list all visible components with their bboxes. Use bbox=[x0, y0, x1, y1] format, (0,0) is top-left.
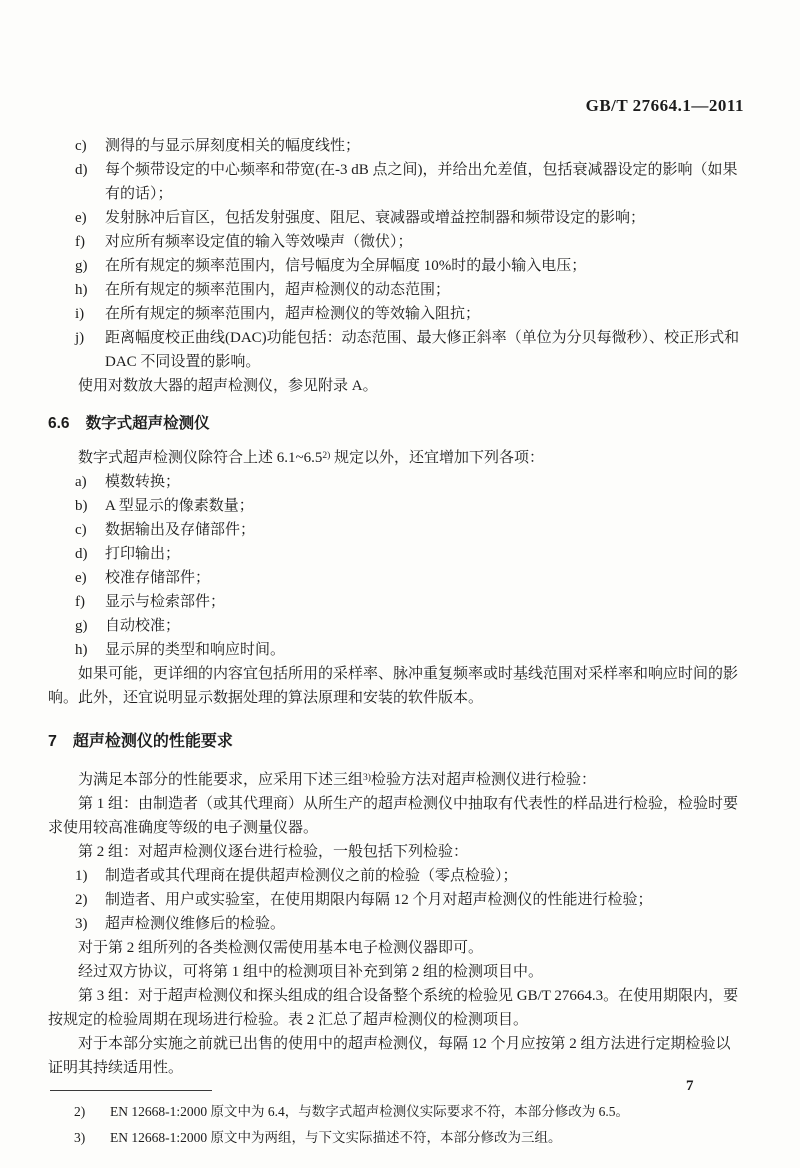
list-item-text: 制造者或其代理商在提供超声检测仪之前的检验（零点检验）； bbox=[105, 864, 744, 888]
footnote-label: 3) bbox=[74, 1125, 110, 1151]
list-item-text: 制造者、用户或实验室，在使用期限内每隔 12 个月对超声检测仪的性能进行检验； bbox=[105, 888, 744, 912]
section-number: 7 bbox=[48, 733, 57, 750]
footnote-divider bbox=[50, 1090, 212, 1091]
mutual-agreement-paragraph: 经过双方协议，可将第 1 组中的检测项目补充到第 2 组的检测项目中。 bbox=[48, 960, 744, 984]
list-item-label: h) bbox=[75, 638, 105, 662]
intro-text: 检验方法对超声检测仪进行检验： bbox=[371, 772, 596, 788]
list-item-text: 显示屏的类型和响应时间。 bbox=[105, 638, 744, 662]
footnote-text: EN 12668-1:2000 原文中为两组，与下文实际描述不符，本部分修改为三… bbox=[110, 1125, 744, 1151]
list-item-label: h) bbox=[75, 278, 105, 302]
list-item-label: e) bbox=[75, 206, 105, 230]
list-item-text: 显示与检索部件； bbox=[105, 590, 744, 614]
list-item-text: 对应所有频率设定值的输入等效噪声（微伏）； bbox=[105, 230, 744, 254]
list-item-text: 打印输出； bbox=[105, 542, 744, 566]
section-6-6-intro: 数字式超声检测仪除符合上述 6.1~6.52) 规定以外，还宜增加下列各项： bbox=[48, 446, 744, 470]
log-amplifier-note: 使用对数放大器的超声检测仪，参见附录 A。 bbox=[48, 374, 744, 398]
footnote-ref-3: 3) bbox=[363, 773, 371, 783]
list-item: e) 校准存储部件； bbox=[48, 566, 744, 590]
list-item-label: f) bbox=[75, 230, 105, 254]
list-item: f) 显示与检索部件； bbox=[48, 590, 744, 614]
list-item-label: d) bbox=[75, 158, 105, 206]
list-item-text: 每个频带设定的中心频率和带宽(在-3 dB 点之间)，并给出允差值，包括衰减器设… bbox=[105, 158, 744, 206]
doc-number: GB/T 27664.1—2011 bbox=[48, 94, 744, 118]
list-item-label: b) bbox=[75, 494, 105, 518]
list-item: g) 在所有规定的频率范围内，信号幅度为全屏幅度 10%时的最小输入电压； bbox=[48, 254, 744, 278]
footnote-label: 2) bbox=[74, 1099, 110, 1125]
list-item-label: a) bbox=[75, 470, 105, 494]
document-page: GB/T 27664.1—2011 c) 测得的与显示屏刻度相关的幅度线性； d… bbox=[0, 0, 800, 1168]
list-item-label: j) bbox=[75, 326, 105, 374]
list-item: 3) 超声检测仪维修后的检验。 bbox=[48, 912, 744, 936]
list-item-label: 1) bbox=[75, 864, 105, 888]
section-7-intro: 为满足本部分的性能要求，应采用下述三组3)检验方法对超声检测仪进行检验： bbox=[48, 768, 744, 792]
section-6-6-note: 如果可能，更详细的内容宜包括所用的采样率、脉冲重复频率或时基线范围对采样率和响应… bbox=[48, 662, 744, 710]
list-item: a) 模数转换； bbox=[48, 470, 744, 494]
list-item: g) 自动校准； bbox=[48, 614, 744, 638]
group-2-paragraph: 第 2 组：对超声检测仪逐台进行检验，一般包括下列检验： bbox=[48, 840, 744, 864]
list-item-text: 模数转换； bbox=[105, 470, 744, 494]
list-item: c) 测得的与显示屏刻度相关的幅度线性； bbox=[48, 134, 744, 158]
digital-instrument-list: a) 模数转换； b) A 型显示的像素数量； c) 数据输出及存储部件； d)… bbox=[48, 470, 744, 662]
list-item-text: 超声检测仪维修后的检验。 bbox=[105, 912, 744, 936]
group-1-paragraph: 第 1 组：由制造者（或其代理商）从所生产的超声检测仪中抽取有代表性的样品进行检… bbox=[48, 792, 744, 840]
list-item: d) 打印输出； bbox=[48, 542, 744, 566]
section-title: 数字式超声检测仪 bbox=[86, 415, 210, 432]
section-heading-6-6: 6.6数字式超声检测仪 bbox=[48, 412, 744, 436]
list-item-text: 校准存储部件； bbox=[105, 566, 744, 590]
list-item: i) 在所有规定的频率范围内，超声检测仪的等效输入阻抗； bbox=[48, 302, 744, 326]
group-3-paragraph: 第 3 组：对于超声检测仪和探头组成的组合设备整个系统的检验见 GB/T 276… bbox=[48, 984, 744, 1032]
list-item: d) 每个频带设定的中心频率和带宽(在-3 dB 点之间)，并给出允差值，包括衰… bbox=[48, 158, 744, 206]
page-number: 7 bbox=[686, 1074, 694, 1098]
list-item: e) 发射脉冲后盲区，包括发射强度、阻尼、衰减器或增益控制器和频带设定的影响； bbox=[48, 206, 744, 230]
list-item-label: g) bbox=[75, 614, 105, 638]
list-item: 2) 制造者、用户或实验室，在使用期限内每隔 12 个月对超声检测仪的性能进行检… bbox=[48, 888, 744, 912]
legacy-instruments-paragraph: 对于本部分实施之前就已出售的使用中的超声检测仪，每隔 12 个月应按第 2 组方… bbox=[48, 1032, 744, 1080]
list-item-text: 在所有规定的频率范围内，超声检测仪的等效输入阻抗； bbox=[105, 302, 744, 326]
list-item: f) 对应所有频率设定值的输入等效噪声（微伏）； bbox=[48, 230, 744, 254]
amplitude-requirements-list: c) 测得的与显示屏刻度相关的幅度线性； d) 每个频带设定的中心频率和带宽(在… bbox=[48, 134, 744, 374]
list-item-label: d) bbox=[75, 542, 105, 566]
section-heading-7: 7超声检测仪的性能要求 bbox=[48, 730, 744, 754]
group-2-instruments-paragraph: 对于第 2 组所列的各类检测仅需使用基本电子检测仪器即可。 bbox=[48, 936, 744, 960]
list-item-text: 自动校准； bbox=[105, 614, 744, 638]
list-item: j) 距离幅度校正曲线(DAC)功能包括：动态范围、最大修正斜率（单位为分贝每微… bbox=[48, 326, 744, 374]
list-item-label: c) bbox=[75, 518, 105, 542]
footnote-ref-2: 2) bbox=[322, 451, 330, 461]
section-title: 超声检测仪的性能要求 bbox=[73, 733, 233, 750]
intro-text: 规定以外，还宜增加下列各项： bbox=[330, 450, 544, 466]
footnote: 2) EN 12668-1:2000 原文中为 6.4，与数字式超声检测仪实际要… bbox=[48, 1099, 744, 1125]
list-item-text: 在所有规定的频率范围内，超声检测仪的动态范围； bbox=[105, 278, 744, 302]
list-item-text: 在所有规定的频率范围内，信号幅度为全屏幅度 10%时的最小输入电压； bbox=[105, 254, 744, 278]
footnote-area: 2) EN 12668-1:2000 原文中为 6.4，与数字式超声检测仪实际要… bbox=[48, 1090, 744, 1151]
section-number: 6.6 bbox=[48, 415, 70, 432]
list-item-label: c) bbox=[75, 134, 105, 158]
list-item-label: e) bbox=[75, 566, 105, 590]
group-2-check-list: 1) 制造者或其代理商在提供超声检测仪之前的检验（零点检验）； 2) 制造者、用… bbox=[48, 864, 744, 936]
list-item-label: 3) bbox=[75, 912, 105, 936]
list-item-label: f) bbox=[75, 590, 105, 614]
intro-text: 数字式超声检测仪除符合上述 6.1~6.5 bbox=[78, 450, 322, 466]
list-item-label: g) bbox=[75, 254, 105, 278]
list-item: h) 显示屏的类型和响应时间。 bbox=[48, 638, 744, 662]
intro-text: 为满足本部分的性能要求，应采用下述三组 bbox=[78, 772, 363, 788]
list-item: c) 数据输出及存储部件； bbox=[48, 518, 744, 542]
list-item-text: 发射脉冲后盲区，包括发射强度、阻尼、衰减器或增益控制器和频带设定的影响； bbox=[105, 206, 744, 230]
list-item-text: A 型显示的像素数量； bbox=[105, 494, 744, 518]
list-item-text: 数据输出及存储部件； bbox=[105, 518, 744, 542]
footnote: 3) EN 12668-1:2000 原文中为两组，与下文实际描述不符，本部分修… bbox=[48, 1125, 744, 1151]
footnote-text: EN 12668-1:2000 原文中为 6.4，与数字式超声检测仪实际要求不符… bbox=[110, 1099, 744, 1125]
list-item: h) 在所有规定的频率范围内，超声检测仪的动态范围； bbox=[48, 278, 744, 302]
list-item-text: 测得的与显示屏刻度相关的幅度线性； bbox=[105, 134, 744, 158]
list-item-label: i) bbox=[75, 302, 105, 326]
list-item: b) A 型显示的像素数量； bbox=[48, 494, 744, 518]
list-item: 1) 制造者或其代理商在提供超声检测仪之前的检验（零点检验）； bbox=[48, 864, 744, 888]
list-item-text: 距离幅度校正曲线(DAC)功能包括：动态范围、最大修正斜率（单位为分贝每微秒）、… bbox=[105, 326, 744, 374]
list-item-label: 2) bbox=[75, 888, 105, 912]
